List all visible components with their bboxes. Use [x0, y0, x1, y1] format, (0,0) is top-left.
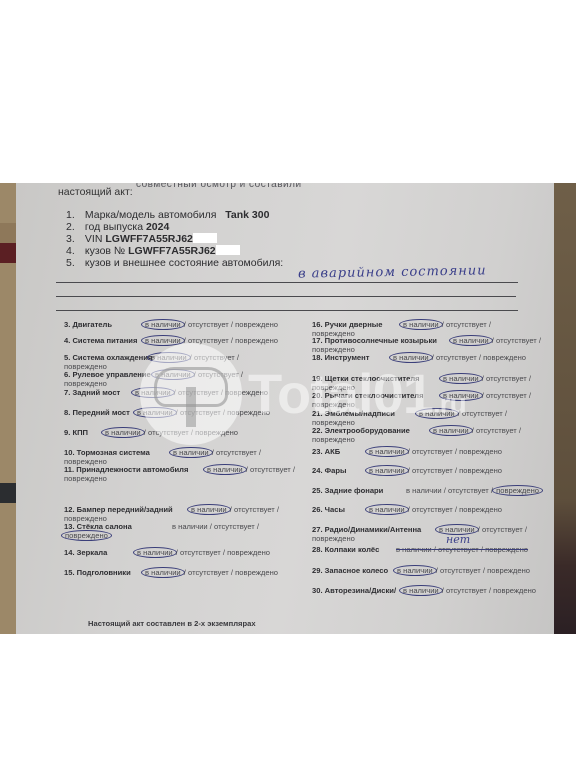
option: отсутствует — [440, 566, 481, 575]
checklist-options: в наличии / отсутствует / повреждено — [104, 428, 238, 437]
checklist-options: в наличии / отсутствует / повреждено — [144, 568, 278, 577]
selected-option: в наличии — [133, 547, 177, 558]
option: повреждено — [487, 566, 530, 575]
checklist-item-label: 16. Ручки дверные — [312, 320, 402, 329]
option: отсутствует — [412, 447, 453, 456]
checklist-item: 26. Часыв наличии / отсутствует / повреж… — [312, 505, 502, 514]
checklist-item-label: 30. Авторезина/Диски/ — [312, 586, 402, 595]
option: отсутствует — [496, 336, 537, 345]
option: отсутствует — [482, 525, 523, 534]
checklist-item: 12. Бампер передний/заднийв наличии / от… — [64, 505, 279, 523]
checklist-item: 22. Электрооборудованиев наличии / отсут… — [312, 426, 521, 444]
checklist-item: 3. Двигательв наличии / отсутствует / по… — [64, 320, 278, 329]
selected-option: в наличии — [389, 352, 433, 363]
checklist-item-label: 29. Запасное колесо — [312, 566, 396, 575]
checklist-options: в наличии / отсутствует / — [402, 320, 491, 329]
selected-option: в наличии — [147, 352, 191, 363]
top-blank-area — [0, 0, 576, 183]
checklist-item-label: 15. Подголовники — [64, 568, 144, 577]
selected-option: в наличии — [101, 427, 145, 438]
checklist-item: 27. Радио/Динамики/Антеннав наличии / от… — [312, 525, 527, 543]
option: в наличии — [406, 486, 442, 495]
fill-line — [56, 296, 516, 297]
selected-option: в наличии — [141, 335, 185, 346]
option: повреждено — [312, 435, 355, 444]
option: отсутствует — [188, 568, 229, 577]
checklist-item-label: 22. Электрооборудование — [312, 426, 432, 435]
checklist-item: 19. Щетки стеклоочистителяв наличии / от… — [312, 374, 531, 392]
checklist-item-label: 28. Колпаки колёс — [312, 545, 396, 554]
checklist-options: в наличии / отсутствует / — [452, 336, 541, 345]
checklist-options: в наличии / отсутствует / повреждено — [136, 548, 270, 557]
selected-option: в наличии — [141, 567, 185, 578]
checklist-item: 5. Система охлажденияв наличии / отсутст… — [64, 353, 239, 371]
selected-option: в наличии — [151, 369, 195, 380]
option: отсутствует — [214, 522, 255, 531]
checklist-options: в наличии / отсутствует / повреждено — [144, 336, 278, 345]
checklist-item-label: 10. Тормозная система — [64, 448, 172, 457]
checklist-item-label: 9. КПП — [64, 428, 104, 437]
checklist-item: 21. Эмблемы/надписив наличии / отсутству… — [312, 409, 507, 427]
selected-option: в наличии — [133, 407, 177, 418]
checklist-item: 28. Колпаки колёсв наличии / отсутствует… — [312, 545, 528, 554]
redaction-box — [193, 233, 217, 243]
option: отсутствует — [198, 370, 239, 379]
selected-option: в наличии — [393, 565, 437, 576]
checklist-options: в наличии / отсутствует / — [442, 391, 531, 400]
checklist-item: 24. Фарыв наличии / отсутствует / повреж… — [312, 466, 502, 475]
document-photo: совместный осмотр и составили настоящий … — [0, 183, 576, 634]
checklist-item: 25. Задние фонарив наличии / отсутствует… — [312, 486, 540, 495]
checklist-item: 8. Передний моств наличии / отсутствует … — [64, 408, 270, 417]
checklist-item: 7. Задний моств наличии / отсутствует / … — [64, 388, 268, 397]
checklist-options: в наличии / отсутствует / — [172, 522, 259, 531]
checklist-item-label: 4. Система питания — [64, 336, 144, 345]
checklist-item-label: 11. Принадлежности автомобиля — [64, 465, 206, 474]
checklist-options: в наличии / отсутствует / повреждено — [368, 447, 502, 456]
checklist-item-label: 14. Зеркала — [64, 548, 136, 557]
option: отсутствует — [448, 486, 489, 495]
option: повреждено — [235, 568, 278, 577]
checklist-options: в наличии / отсутствует / повреждено — [402, 586, 536, 595]
option: отсутствует — [446, 320, 487, 329]
checklist-options: в наличии / отсутствует / повреждено — [396, 545, 528, 554]
option: отсутствует — [194, 353, 235, 362]
option: отсутствует — [180, 548, 221, 557]
vehicle-info-list: 1. Марка/модель автомобиля Tank 300 2. г… — [66, 209, 283, 269]
selected-option: в наличии — [365, 446, 409, 457]
selected-option: в наличии — [203, 464, 247, 475]
selected-option: в наличии — [169, 447, 213, 458]
selected-option: в наличии — [365, 504, 409, 515]
option: отсутствует — [180, 408, 221, 417]
checklist-item-label: 21. Эмблемы/надписи — [312, 409, 418, 418]
checklist-option-wrap: повреждено — [64, 474, 295, 483]
checklist-item-label: 3. Двигатель — [64, 320, 144, 329]
checklist-options: в наличии / отсутствует / — [154, 370, 243, 379]
option: отсутствует — [476, 426, 517, 435]
option: повреждено — [312, 534, 355, 543]
bottom-blank-area — [0, 634, 576, 768]
option: повреждено — [459, 505, 502, 514]
vin-value: LGWFF7A55RJ62 — [105, 233, 193, 245]
selected-option: в наличии — [429, 425, 473, 436]
option: отсутствует — [148, 428, 189, 437]
option: в наличии — [172, 522, 208, 531]
option: повреждено — [235, 320, 278, 329]
checklist-options: в наличии / отсутствует / — [206, 465, 295, 474]
handwritten-note: нет — [446, 535, 470, 544]
checklist-options: в наличии / отсутствует / повреждено — [144, 320, 278, 329]
redaction-box — [216, 245, 240, 255]
option: повреждено — [64, 474, 107, 483]
checklist-item: 20. Рычаги стеклоочистителяв наличии / о… — [312, 391, 531, 409]
checklist-item: 13. Стёкла салонав наличии / отсутствует… — [64, 522, 259, 540]
intro-text: настоящий акт: — [58, 186, 133, 198]
option: отсутствует — [234, 505, 275, 514]
checklist-item: 29. Запасное колесов наличии / отсутству… — [312, 566, 530, 575]
checklist-item: 9. КППв наличии / отсутствует / поврежде… — [64, 428, 238, 437]
option: отсутствует — [438, 545, 479, 554]
checklist-item: 15. Подголовникив наличии / отсутствует … — [64, 568, 278, 577]
checklist-item: 4. Система питанияв наличии / отсутствуе… — [64, 336, 278, 345]
body-number-value: LGWFF7A55RJ62 — [128, 245, 216, 257]
inspection-act-paper: совместный осмотр и составили настоящий … — [16, 183, 554, 634]
option: повреждено — [195, 428, 238, 437]
info-row-year: 2. год выпуска 2024 — [66, 221, 283, 233]
option: отсутствует — [446, 586, 487, 595]
option: повреждено — [485, 545, 528, 554]
option: повреждено — [483, 353, 526, 362]
info-row-model: 1. Марка/модель автомобиля Tank 300 — [66, 209, 283, 221]
option: повреждено — [235, 336, 278, 345]
option: отсутствует — [216, 448, 257, 457]
checklist-item-label: 17. Противосолнечные козырьки — [312, 336, 452, 345]
checklist-item: 18. Инструментв наличии / отсутствует / … — [312, 353, 526, 362]
checklist-item-label: 24. Фары — [312, 466, 368, 475]
selected-option: в наличии — [439, 390, 483, 401]
option: отсутствует — [486, 374, 527, 383]
checklist-item-label: 18. Инструмент — [312, 353, 392, 362]
selected-option: в наличии — [399, 319, 443, 330]
checklist-options: в наличии / отсутствует / повреждено — [368, 466, 502, 475]
checklist-options: в наличии / отсутствует / — [432, 426, 521, 435]
option: отсутствует — [486, 391, 527, 400]
selected-option: в наличии — [365, 465, 409, 476]
checklist-option-wrap: повреждено — [64, 531, 259, 540]
option: в наличии — [396, 545, 432, 554]
checklist-options: в наличии / отсутствует / повреждено — [392, 353, 526, 362]
handwritten-condition: в аварийном состоянии — [298, 263, 487, 281]
checklist-options: в наличии / отсутствует / — [190, 505, 279, 514]
option: отсутствует — [250, 465, 291, 474]
checklist-item-label: 7. Задний мост — [64, 388, 134, 397]
option: отсутствует — [188, 336, 229, 345]
background-right — [554, 183, 576, 634]
info-row-condition: 5. кузов и внешнее состояние автомобиля: — [66, 257, 283, 269]
option: отсутствует — [188, 320, 229, 329]
checklist-option-wrap: повреждено — [312, 534, 527, 543]
selected-option: повреждено — [492, 485, 543, 496]
option: отсутствует — [178, 388, 219, 397]
selected-option: в наличии — [399, 585, 443, 596]
checklist-item: 14. Зеркалав наличии / отсутствует / пов… — [64, 548, 270, 557]
checklist-options: в наличии / отсутствует / повреждено — [136, 408, 270, 417]
info-row-body: 4. кузов № LGWFF7A55RJ62 — [66, 245, 283, 257]
selected-option: в наличии — [187, 504, 231, 515]
checklist-item: 6. Рулевое управлениев наличии / отсутст… — [64, 370, 243, 388]
selected-option: повреждено — [61, 530, 112, 541]
option: повреждено — [312, 400, 355, 409]
checklist-item: 17. Противосолнечные козырькив наличии /… — [312, 336, 541, 354]
checklist-item-label: 23. АКБ — [312, 447, 368, 456]
footer-note: Настоящий акт составлен в 2-х экземпляра… — [88, 619, 256, 628]
checklist-item-label: 27. Радио/Динамики/Антенна — [312, 525, 438, 534]
selected-option: в наличии — [415, 408, 459, 419]
option: повреждено — [225, 388, 268, 397]
checklist-item-label: 8. Передний мост — [64, 408, 136, 417]
checklist-options: в наличии / отсутствует / — [418, 409, 507, 418]
option: отсутствует — [412, 505, 453, 514]
checklist-item-label: 5. Система охлаждения — [64, 353, 150, 362]
checklist-item-label: 6. Рулевое управление — [64, 370, 154, 379]
checklist-options: в наличии / отсутствует / повреждено — [134, 388, 268, 397]
checklist-item-label: 19. Щетки стеклоочистителя — [312, 374, 442, 383]
option: отсутствует — [412, 466, 453, 475]
option: повреждено — [493, 586, 536, 595]
selected-option: в наличии — [131, 387, 175, 398]
checklist-option-wrap: повреждено — [312, 435, 521, 444]
fill-line — [56, 310, 518, 311]
selected-option: в наличии — [141, 319, 185, 330]
selected-option: в наличии — [449, 335, 493, 346]
option: отсутствует — [436, 353, 477, 362]
selected-option: в наличии — [439, 373, 483, 384]
checklist-item: 11. Принадлежности автомобиляв наличии /… — [64, 465, 295, 483]
checklist-item-label: 26. Часы — [312, 505, 368, 514]
checklist-option-wrap: повреждено — [312, 400, 531, 409]
model-value: Tank 300 — [225, 209, 269, 221]
option: повреждено — [459, 466, 502, 475]
cut-off-line: совместный осмотр и составили — [136, 183, 302, 190]
checklist-item: 23. АКБв наличии / отсутствует / поврежд… — [312, 447, 502, 456]
checklist-options: в наличии / отсутствует / повреждено — [406, 486, 540, 495]
checklist-item-label: 25. Задние фонари — [312, 486, 406, 495]
checklist-options: в наличии / отсутствует / повреждено — [396, 566, 530, 575]
option: повреждено — [227, 548, 270, 557]
option: повреждено — [459, 447, 502, 456]
option: отсутствует — [462, 409, 503, 418]
checklist-item-label: 20. Рычаги стеклоочистителя — [312, 391, 442, 400]
fill-line — [56, 282, 518, 283]
option: повреждено — [64, 379, 107, 388]
checklist-item-label: 12. Бампер передний/задний — [64, 505, 190, 514]
info-row-vin: 3. VIN LGWFF7A55RJ62 — [66, 233, 283, 245]
checklist-options: в наличии / отсутствует / — [150, 353, 239, 362]
year-value: 2024 — [146, 221, 169, 233]
checklist-options: в наличии / отсутствует / — [172, 448, 261, 457]
checklist-options: в наличии / отсутствует / — [442, 374, 531, 383]
checklist-options: в наличии / отсутствует / повреждено — [368, 505, 502, 514]
checklist-item: 30. Авторезина/Диски/в наличии / отсутст… — [312, 586, 536, 595]
option: повреждено — [227, 408, 270, 417]
